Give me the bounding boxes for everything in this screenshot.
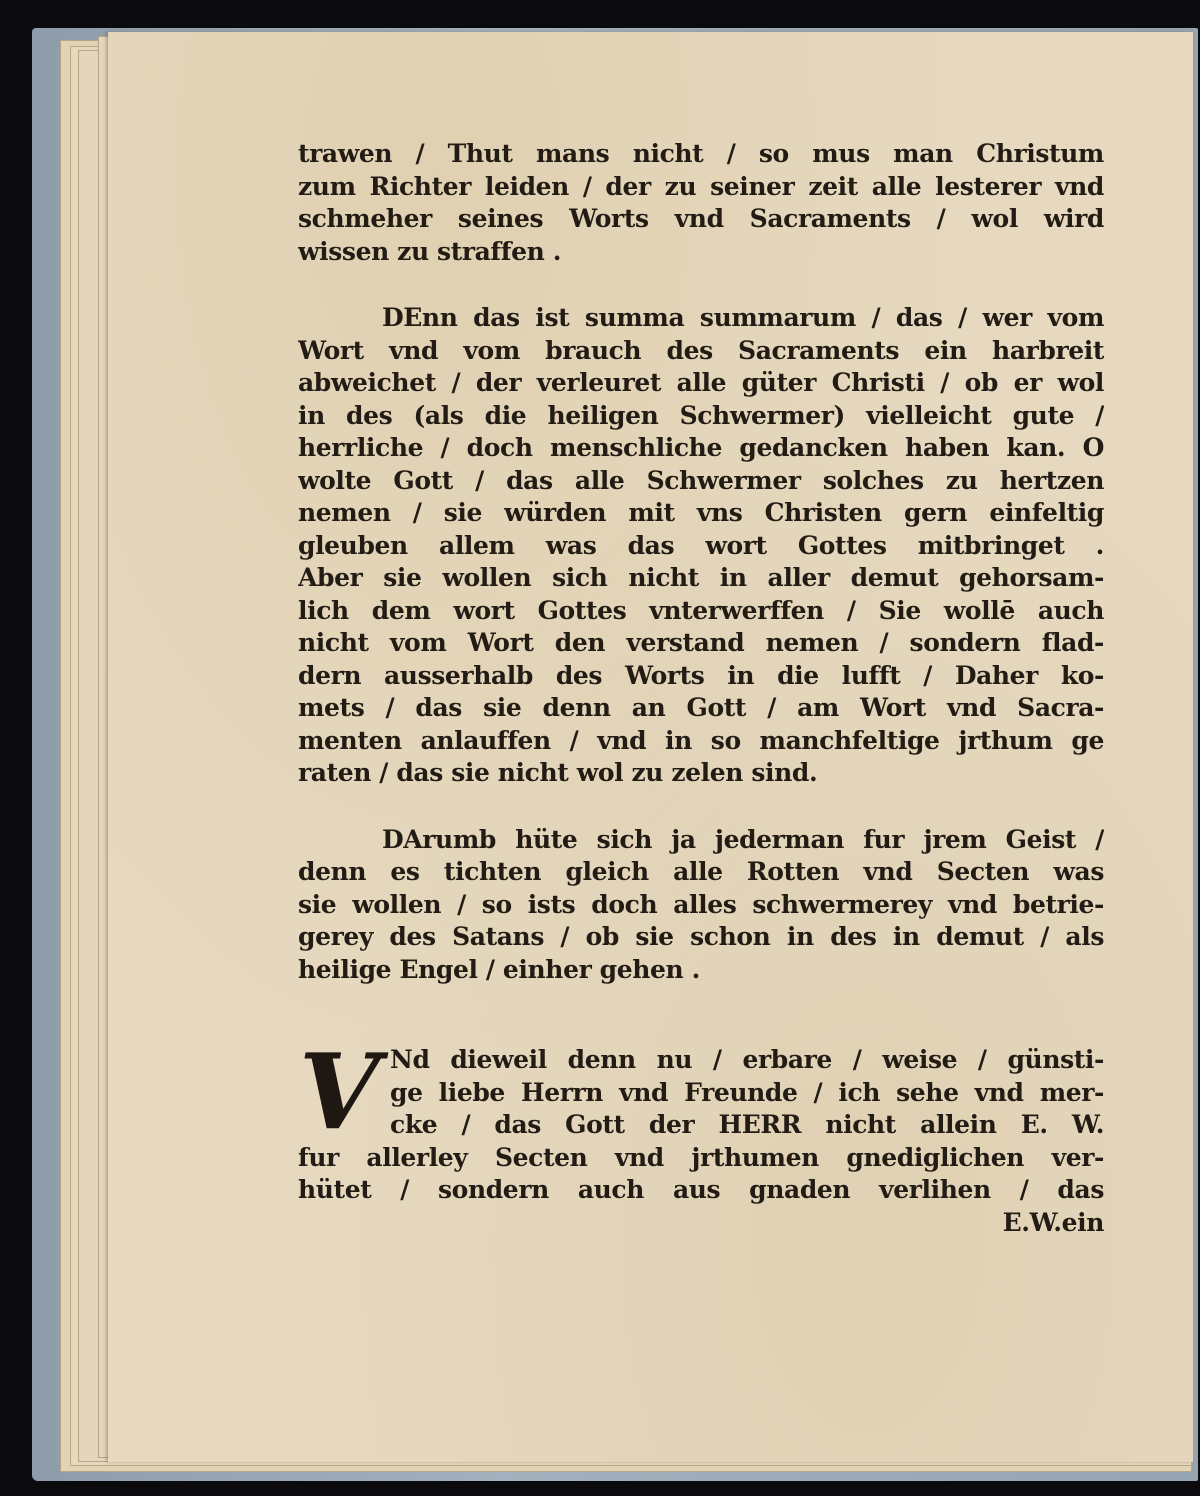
text-line: in des (als die heiligen Schwermer) viel…: [298, 400, 1104, 433]
text-line: nicht vom Wort den verstand nemen / sond…: [298, 627, 1104, 660]
text-line: gleuben allem was das wort Gottes mitbri…: [298, 530, 1104, 563]
decorated-initial: V: [298, 1042, 380, 1142]
text-line: Aber sie wollen sich nicht in aller demu…: [298, 562, 1104, 595]
paragraph: V Nd dieweil denn nu / erbare / weise / …: [298, 1044, 1104, 1239]
text-line: mets / das sie denn an Gott / am Wort vn…: [298, 692, 1104, 725]
text-line: lich dem wort Gottes vnterwerffen / Sie …: [298, 595, 1104, 628]
catchword: E.W.ein: [298, 1207, 1104, 1240]
text-line: Nd dieweil denn nu / erbare / weise / gü…: [298, 1044, 1104, 1077]
text-line: menten anlauffen / vnd in so manchfeltig…: [298, 725, 1104, 758]
text-line: denn es tichten gleich alle Rotten vnd S…: [298, 856, 1104, 889]
text-line: wolte Gott / das alle Schwermer solches …: [298, 465, 1104, 498]
text-line: ge liebe Herrn vnd Freunde / ich sehe vn…: [298, 1077, 1104, 1110]
paragraph: trawen / Thut mans nicht / so mus man Ch…: [298, 138, 1104, 268]
paragraph: DArumb hüte sich ja jederman fur jrem Ge…: [298, 824, 1104, 987]
text-line: dern ausserhalb des Worts in die lufft /…: [298, 660, 1104, 693]
text-line: gerey des Satans / ob sie schon in des i…: [298, 921, 1104, 954]
text-line: DArumb hüte sich ja jederman fur jrem Ge…: [298, 824, 1104, 857]
paragraph-gap: [298, 790, 1104, 824]
text-line: heilige Engel / einher gehen .: [298, 954, 1104, 987]
text-line: abweichet / der verleuret alle güter Chr…: [298, 367, 1104, 400]
page-text: trawen / Thut mans nicht / so mus man Ch…: [298, 138, 1104, 1239]
text-line: raten / das sie nicht wol zu zelen sind.: [298, 757, 1104, 790]
paragraph-gap: [298, 268, 1104, 302]
text-line: nemen / sie würden mit vns Christen gern…: [298, 497, 1104, 530]
paragraph: DEnn das ist summa summarum / das / wer …: [298, 302, 1104, 790]
text-line: cke / das Gott der HERR nicht allein E. …: [298, 1109, 1104, 1142]
text-line: Wort vnd vom brauch des Sacraments ein h…: [298, 335, 1104, 368]
paragraph-gap: [298, 986, 1104, 1044]
text-line: hütet / sondern auch aus gnaden verlihen…: [298, 1174, 1104, 1207]
text-line: zum Richter leiden / der zu seiner zeit …: [298, 171, 1104, 204]
text-line: DEnn das ist summa summarum / das / wer …: [298, 302, 1104, 335]
text-line: sie wollen / so ists doch alles schwerme…: [298, 889, 1104, 922]
text-line: herrliche / doch menschliche gedancken h…: [298, 432, 1104, 465]
text-line: schmeher seines Worts vnd Sacraments / w…: [298, 203, 1104, 236]
text-line: trawen / Thut mans nicht / so mus man Ch…: [298, 138, 1104, 171]
text-line: fur allerley Secten vnd jrthumen gnedigl…: [298, 1142, 1104, 1175]
text-line: wissen zu straffen .: [298, 236, 1104, 269]
